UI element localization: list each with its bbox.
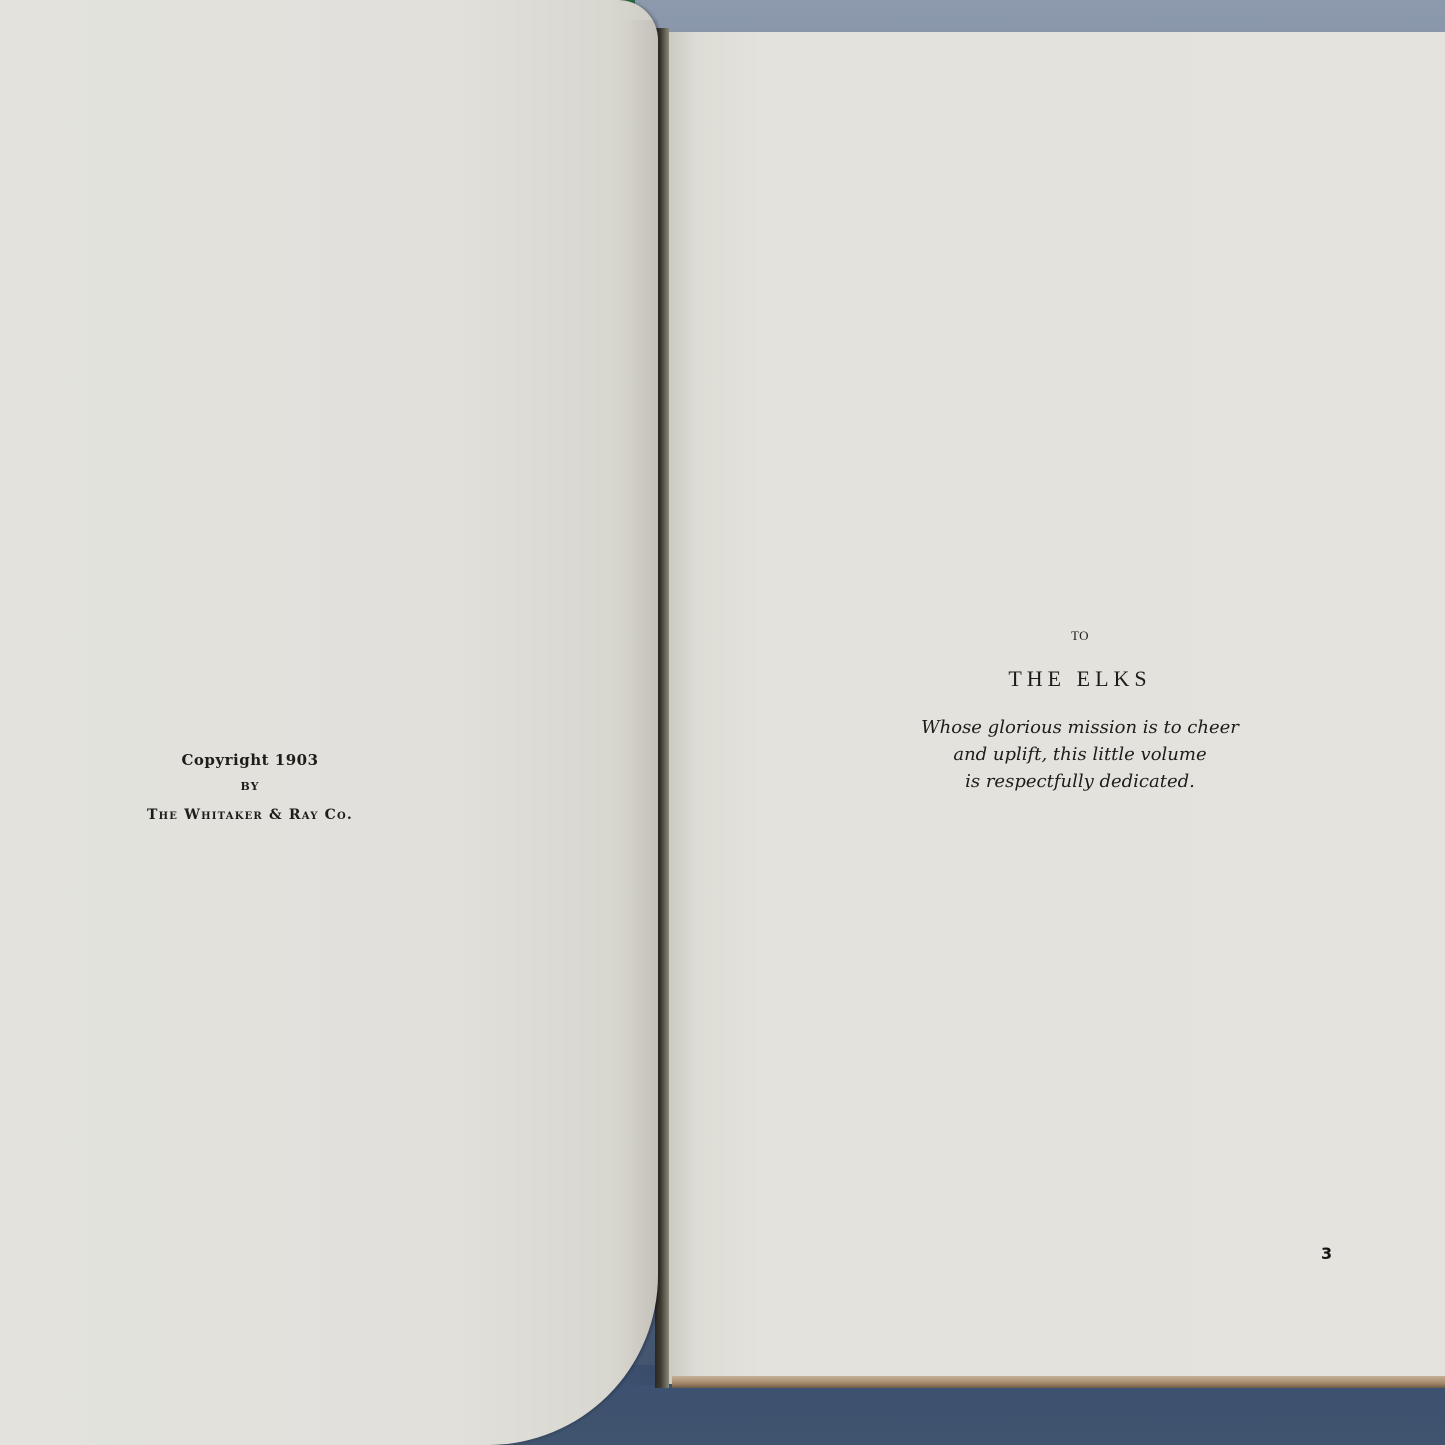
dedication-to: TO xyxy=(880,626,1280,646)
dedication-line: and uplift, this little volume xyxy=(880,741,1280,768)
dedication-line: is respectfully dedicated. xyxy=(880,768,1280,795)
right-page-bottom-edge xyxy=(672,1376,1445,1388)
page-number: 3 xyxy=(1321,1244,1332,1263)
dedication-text: Whose glorious mission is to cheer and u… xyxy=(880,714,1280,795)
dedicatee-title: THE ELKS xyxy=(880,664,1280,694)
book-photo-scene: Copyright 1903 BY The Whitaker & Ray Co.… xyxy=(0,0,1445,1445)
dedication-line: Whose glorious mission is to cheer xyxy=(880,714,1280,741)
copyright-by: BY xyxy=(100,778,400,796)
copyright-notice: Copyright 1903 BY The Whitaker & Ray Co. xyxy=(100,748,400,826)
left-page xyxy=(0,0,658,1445)
copyright-year: Copyright 1903 xyxy=(100,748,400,772)
publisher-name: The Whitaker & Ray Co. xyxy=(100,804,400,826)
dedication: TO THE ELKS Whose glorious mission is to… xyxy=(880,626,1280,795)
